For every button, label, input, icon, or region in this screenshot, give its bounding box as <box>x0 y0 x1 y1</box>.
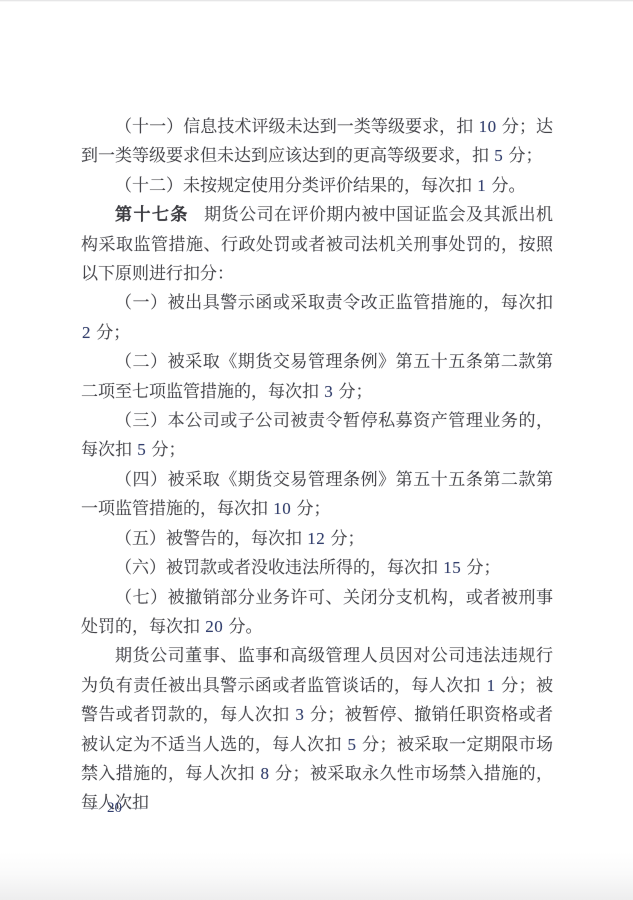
paragraph-item-11: （十一）信息技术评级未达到一类等级要求，扣 10 分；达到一类等级要求但未达到应… <box>81 112 553 171</box>
paragraph-item-7: （七）被撤销部分业务许可、关闭分支机构，或者被刑事处罚的，每次扣 20 分。 <box>81 583 553 642</box>
score-number: 2 <box>81 323 92 342</box>
score-number: 10 <box>272 499 292 518</box>
document-body: （十一）信息技术评级未达到一类等级要求，扣 10 分；达到一类等级要求但未达到应… <box>81 112 553 818</box>
score-number: 15 <box>442 558 462 577</box>
paragraph-item-1: （一）被出具警示函或采取责令改正监管措施的，每次扣 2 分； <box>81 288 553 347</box>
paragraph-item-3: （三）本公司或子公司被责令暂停私募资产管理业务的，每次扣 5 分； <box>81 406 553 465</box>
score-number: 3 <box>323 382 334 401</box>
paragraph-item-5: （五）被警告的，每次扣 12 分； <box>81 524 553 553</box>
page-footer: — 20 — <box>83 799 146 817</box>
score-number: 5 <box>493 146 504 165</box>
paragraph-item-4: （四）被采取《期货交易管理条例》第五十五条第二款第一项监管措施的，每次扣 10 … <box>81 465 553 524</box>
score-number: 5 <box>346 735 357 754</box>
paragraph-item-12: （十二）未按规定使用分类评价结果的，每次扣 1 分。 <box>81 171 553 200</box>
score-number: 20 <box>204 617 224 636</box>
paragraph-senior-management: 期货公司董事、监事和高级管理人员因对公司违法违规行为负有责任被出具警示函或者监管… <box>81 641 553 817</box>
score-number: 5 <box>136 440 147 459</box>
footer-right-dash: — <box>131 799 146 817</box>
paragraph-item-6: （六）被罚款或者没收违法所得的，每次扣 15 分； <box>81 553 553 582</box>
page-bottom-shadow <box>0 852 633 900</box>
score-number: 3 <box>294 705 305 724</box>
paragraph-article-17: 第十七条期货公司在评价期内被中国证监会及其派出机构采取监管措施、行政处罚或者被司… <box>81 200 553 288</box>
score-number: 1 <box>486 676 497 695</box>
score-number: 12 <box>306 529 326 548</box>
page-number: 20 <box>107 799 122 817</box>
score-number: 10 <box>478 117 498 136</box>
paragraph-item-2: （二）被采取《期货交易管理条例》第五十五条第二款第二项至七项监管措施的，每次扣 … <box>81 347 553 406</box>
scanned-document-page: { "page": { "text_color": "#45454a", "le… <box>0 0 633 900</box>
article-number: 第十七条 <box>115 205 189 224</box>
page-top-edge <box>0 0 633 2</box>
footer-left-dash: — <box>83 799 98 817</box>
score-number: 1 <box>476 176 487 195</box>
score-number: 8 <box>260 764 271 783</box>
